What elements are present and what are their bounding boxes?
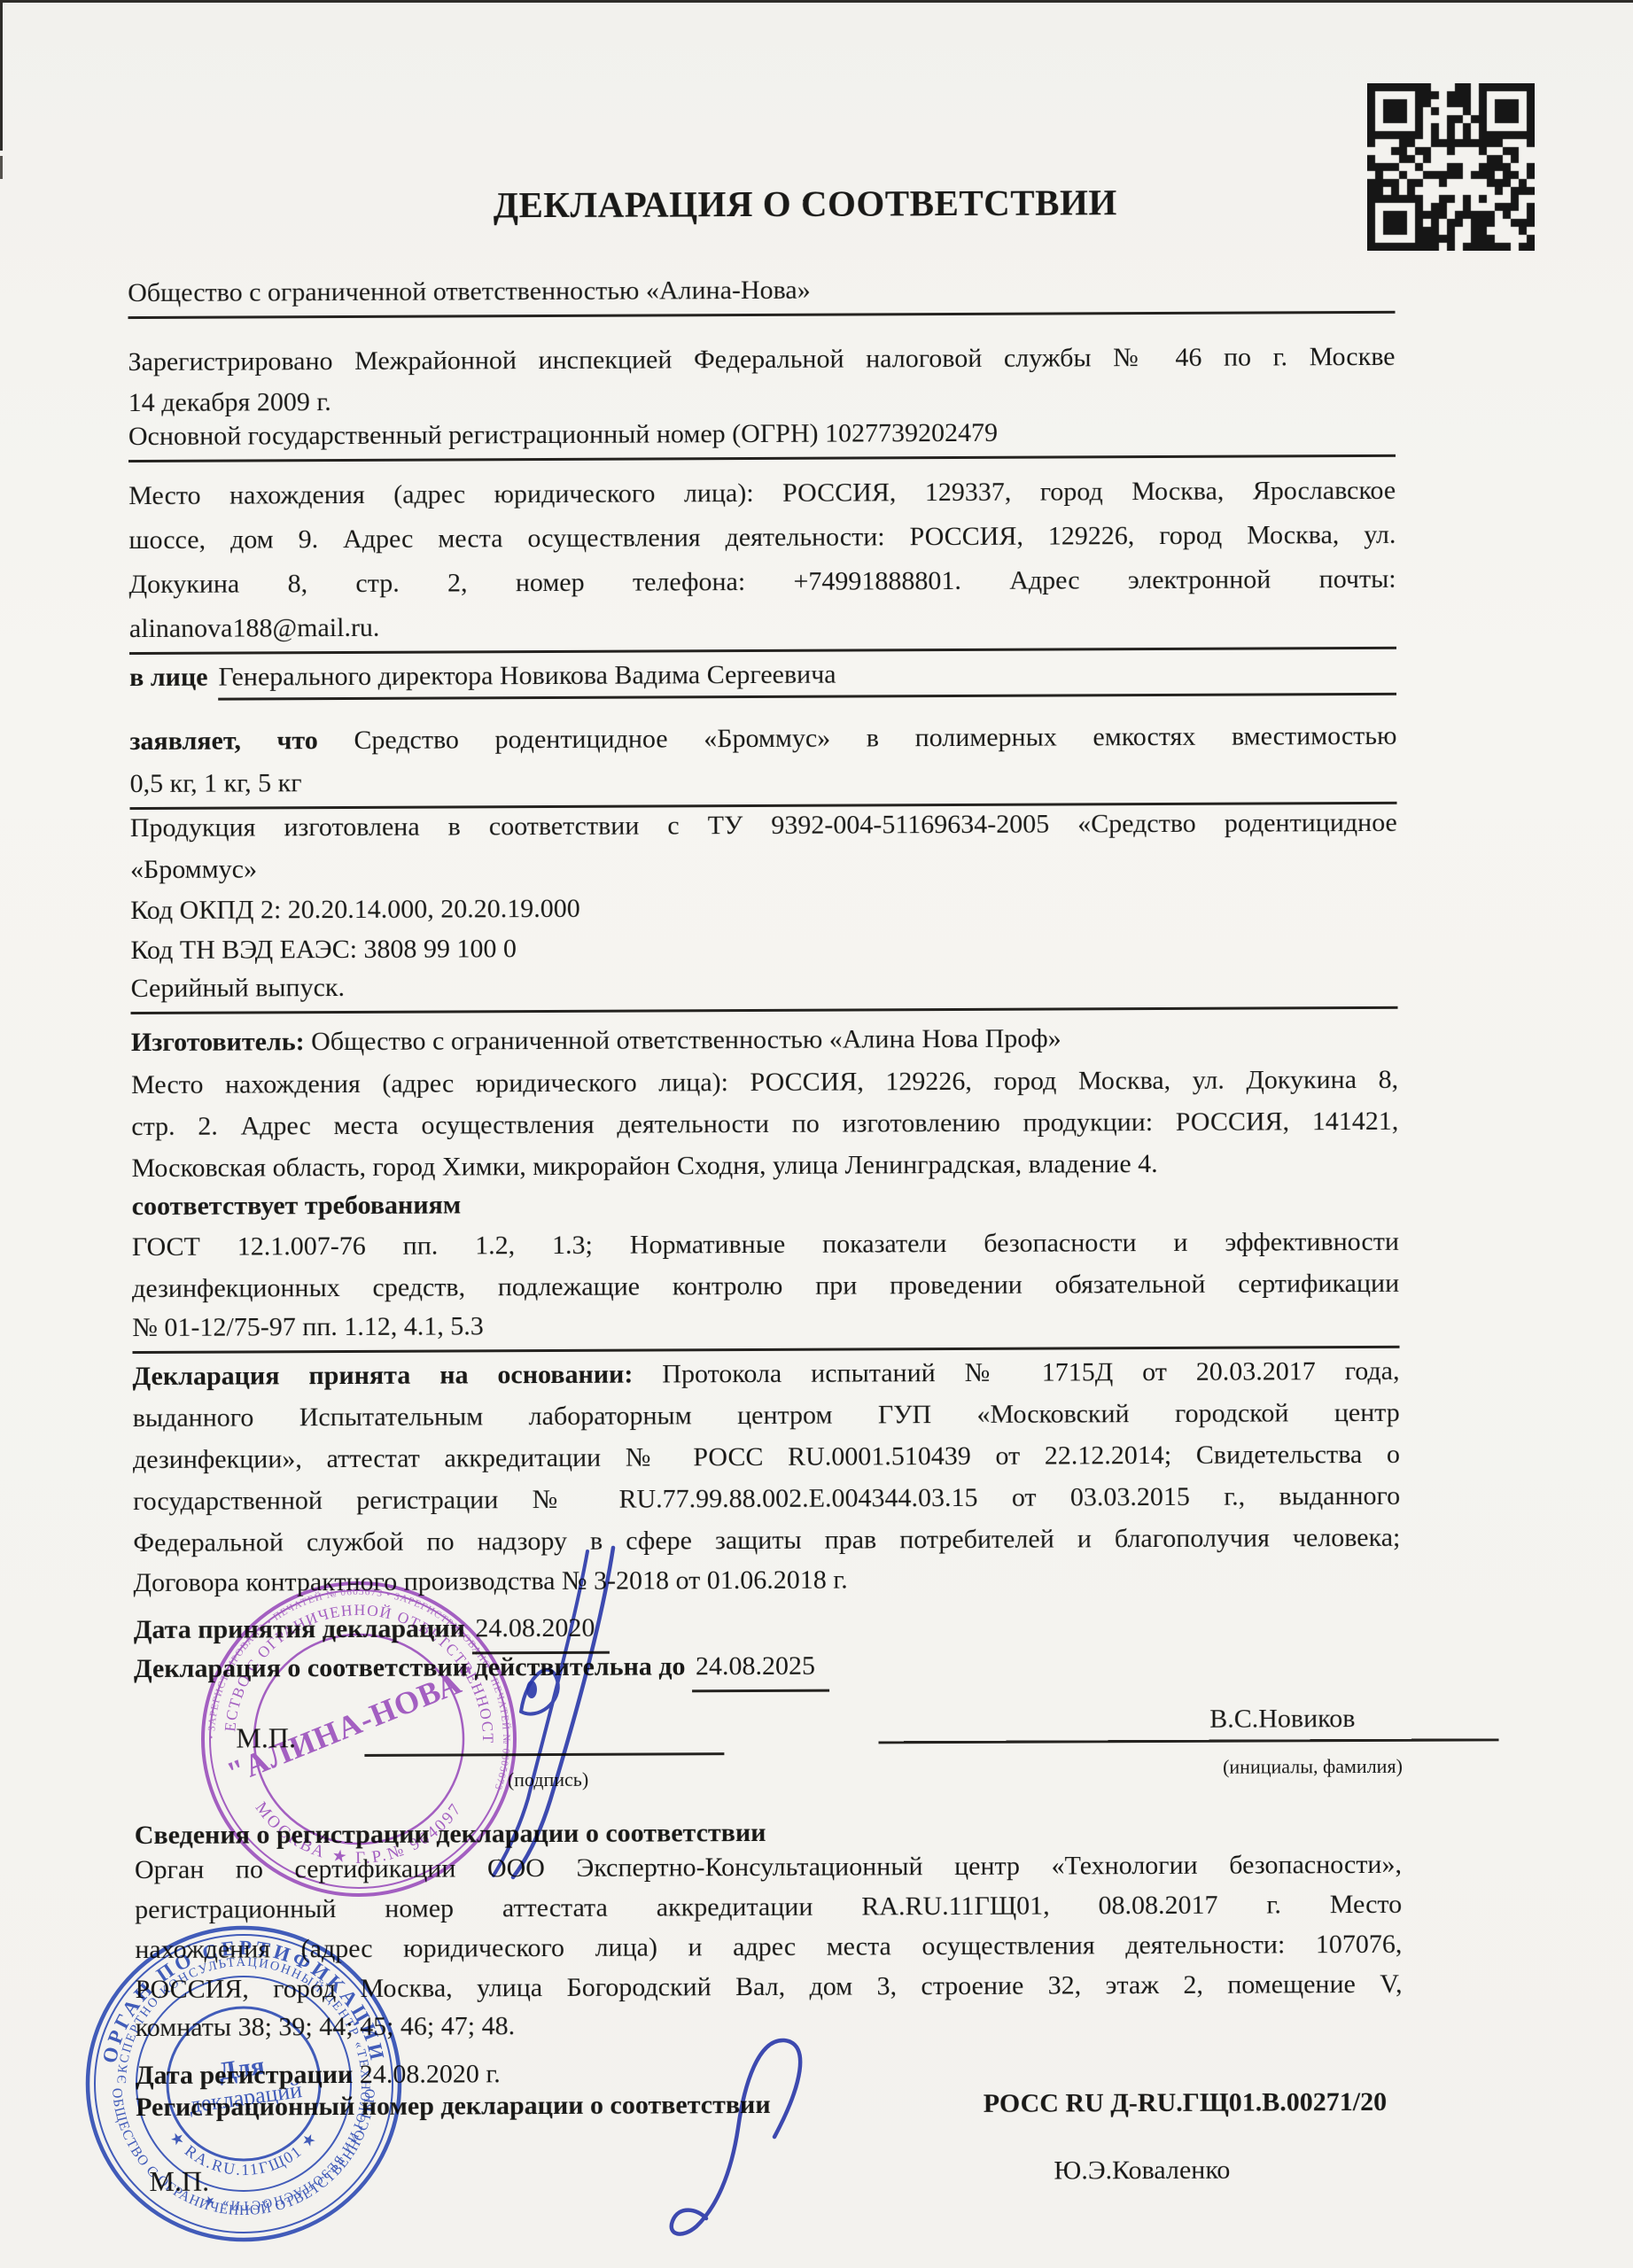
ink-signatures [0,0,1633,2268]
scanned-declaration-page: ДЕКЛАРАЦИЯ О СООТВЕТСТВИИ Общество с огр… [0,0,1633,2268]
registrar-signature [672,2040,800,2234]
signature-ink-blot [526,1681,537,1698]
